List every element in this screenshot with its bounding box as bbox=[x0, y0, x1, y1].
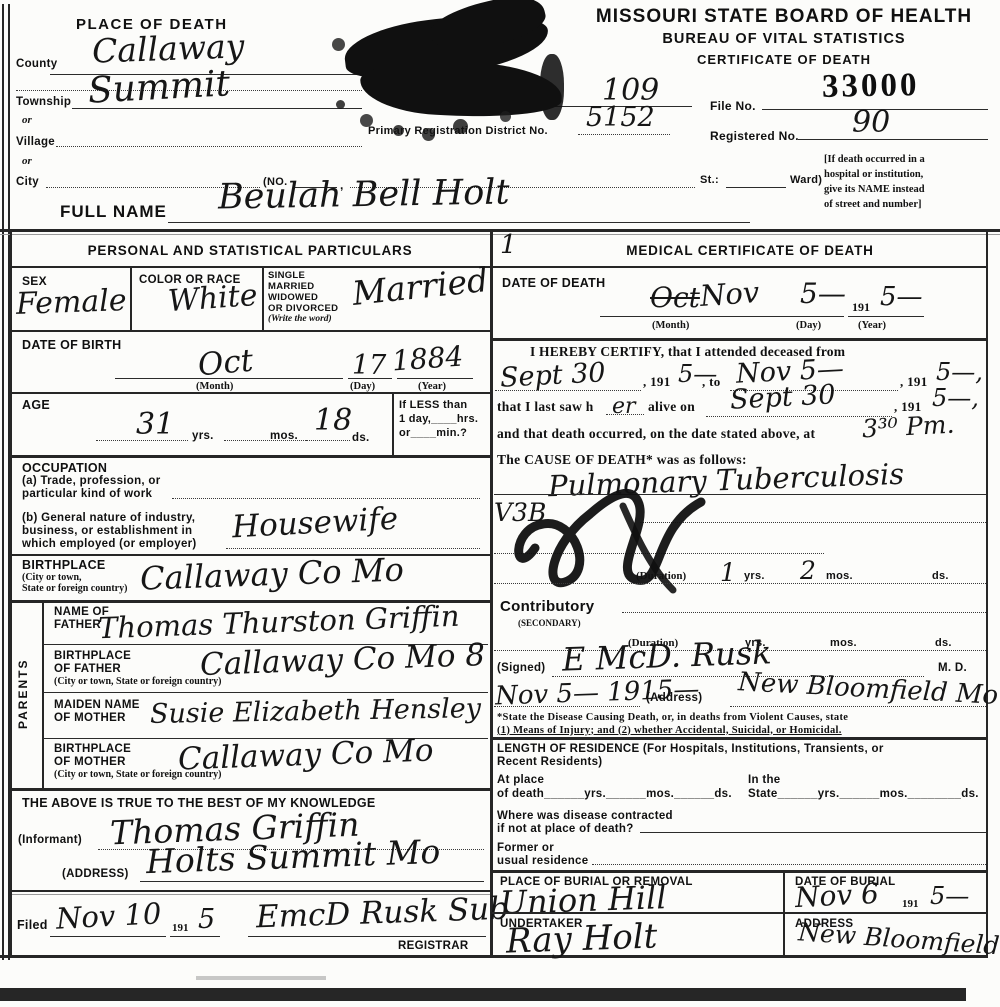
sex-value: Female bbox=[16, 286, 128, 320]
dob-year-caption: (Year) bbox=[418, 381, 446, 392]
age-yrs-label: yrs. bbox=[192, 430, 214, 444]
burial-date-value: Nov 6 bbox=[794, 880, 879, 912]
scan-smudge bbox=[196, 976, 326, 980]
hospital-note-line2: hospital or institution, bbox=[824, 167, 994, 182]
dob-day-caption: (Day) bbox=[350, 381, 375, 392]
bureau-title: BUREAU OF VITAL STATISTICS bbox=[572, 31, 996, 48]
father-birthplace-rule bbox=[43, 692, 488, 693]
dod-month-value: Nov bbox=[699, 278, 760, 311]
filed-date-line bbox=[50, 936, 166, 937]
dob-row-rule bbox=[12, 392, 490, 394]
filed-year-printed: 191 bbox=[172, 922, 189, 934]
mother-name-label-line2: OF MOTHER bbox=[54, 712, 140, 725]
dod-year-written: 5— bbox=[880, 284, 923, 310]
registered-no-value: 90 bbox=[852, 108, 890, 138]
contracted-label-line2: if not at place of death? bbox=[497, 823, 634, 837]
color-marital-divider bbox=[262, 266, 264, 330]
age-less-line1: If LESS than bbox=[399, 398, 478, 412]
marital-label-line3: WIDOWED bbox=[268, 292, 338, 303]
file-no-label: File No. bbox=[710, 99, 756, 113]
age-less-box: If LESS than 1 day,____hrs. or____min.? bbox=[399, 398, 478, 440]
registered-no-line bbox=[798, 139, 988, 140]
or-label-2: or bbox=[22, 155, 32, 167]
personal-section-title: PERSONAL AND STATISTICAL PARTICULARS bbox=[12, 243, 488, 259]
birthplace-value: Callaway Co Mo bbox=[140, 553, 405, 594]
to-label: , to bbox=[702, 374, 721, 389]
residence-title-line2: Recent Residents) bbox=[497, 756, 602, 770]
page-mark: 1 bbox=[500, 232, 517, 258]
father-birthplace-value: Callaway Co Mo 8 bbox=[200, 640, 486, 681]
age-days-value: 18 bbox=[314, 406, 352, 436]
residence-title-line1: LENGTH OF RESIDENCE (For Hospitals, Inst… bbox=[497, 743, 884, 757]
mother-birthplace-label: BIRTHPLACE OF MOTHER bbox=[54, 743, 131, 769]
dod-day-value: 5— bbox=[800, 280, 846, 308]
in-state-label-line2: State______yrs.______mos.________ds. bbox=[748, 788, 979, 802]
duration-years-value: 1 bbox=[720, 560, 736, 585]
mother-birthplace-label-line1: BIRTHPLACE bbox=[54, 743, 131, 756]
county-label: County bbox=[16, 58, 57, 72]
bottom-scan-bar bbox=[0, 988, 966, 1001]
dob-day-line bbox=[348, 378, 392, 379]
last-saw-er-line bbox=[606, 414, 644, 415]
table-right-border bbox=[986, 232, 988, 958]
mother-name-label: MAIDEN NAME OF MOTHER bbox=[54, 699, 140, 725]
township-value: Summit bbox=[87, 66, 231, 109]
registration-ink-stamp bbox=[332, 2, 572, 144]
city-ward-label: Ward) bbox=[790, 174, 822, 187]
duration-yrs-label: yrs. bbox=[744, 570, 765, 583]
dod-label: DATE OF DEATH bbox=[502, 276, 605, 291]
birthplace-label: BIRTHPLACE bbox=[22, 558, 106, 573]
city-st-label: St.: bbox=[700, 174, 719, 187]
signed-address-line bbox=[730, 706, 986, 707]
filed-year-line bbox=[170, 936, 220, 937]
dod-month-struck: Oct bbox=[650, 284, 700, 312]
ink-stamp-blob bbox=[359, 57, 564, 121]
cause-footnote-line2: (1) Means of Injury; and (2) whether Acc… bbox=[497, 725, 987, 738]
table-bottom-border bbox=[0, 955, 988, 958]
hospital-note-line1: [If death occurred in a bbox=[824, 152, 994, 167]
duration-ds-label: ds. bbox=[932, 570, 949, 583]
burial-year-printed: 191 bbox=[902, 898, 919, 910]
age-label: AGE bbox=[22, 398, 50, 413]
marital-label-line1: SINGLE bbox=[268, 270, 338, 281]
marital-label: SINGLE MARRIED WIDOWED OR DIVORCED bbox=[268, 270, 338, 314]
occupation-b-line bbox=[226, 548, 480, 549]
signed-date-line bbox=[494, 706, 640, 707]
primary-district-value: 5152 bbox=[586, 104, 655, 131]
signed-label: (Signed) bbox=[497, 662, 545, 676]
age-row-rule bbox=[12, 455, 490, 458]
contributory-label: Contributory bbox=[500, 598, 594, 616]
residence-bottom-rule bbox=[492, 870, 986, 873]
table-left-border bbox=[10, 232, 12, 958]
marital-hint: (Write the word) bbox=[268, 314, 332, 324]
city-label: City bbox=[16, 176, 39, 190]
city-st-line bbox=[726, 187, 786, 188]
parents-bottom-rule bbox=[12, 788, 490, 791]
footnote-bottom-rule bbox=[492, 737, 986, 740]
age-mos-label: mos. bbox=[270, 430, 298, 444]
age-less-line2: 1 day,____hrs. bbox=[399, 412, 478, 426]
burial-year-written: 5— bbox=[930, 884, 969, 908]
age-years-line bbox=[96, 440, 188, 441]
age-days-line bbox=[306, 440, 350, 441]
dob-year-line bbox=[397, 378, 473, 379]
age-less-line3: or____min.? bbox=[399, 426, 478, 440]
parents-label-divider bbox=[42, 600, 44, 788]
age-ds-label: ds. bbox=[352, 432, 370, 446]
death-certificate: PLACE OF DEATH County Callaway Township … bbox=[0, 0, 1000, 1007]
dod-year-caption: (Year) bbox=[858, 320, 886, 331]
former-residence-label-line2: usual residence bbox=[497, 855, 588, 869]
ink-stamp-speckles bbox=[336, 100, 345, 109]
occupation-b-line3: which employed (or employer) bbox=[22, 538, 197, 552]
dob-month: Oct bbox=[197, 346, 255, 382]
contributory-line bbox=[622, 612, 986, 613]
duration-rule bbox=[494, 583, 986, 584]
full-name-value: Beulah Bell Holt bbox=[218, 175, 510, 215]
page-edge-rule-outer bbox=[2, 4, 4, 960]
former-residence-label-line1: Former or bbox=[497, 842, 554, 856]
birthplace-sub-line2: State or foreign country) bbox=[22, 583, 127, 594]
informant-label: (Informant) bbox=[18, 834, 82, 848]
to-year-value: 5—, bbox=[936, 360, 983, 384]
at-place-label-line1: At place bbox=[497, 774, 544, 788]
father-birthplace-label: BIRTHPLACE OF FATHER bbox=[54, 650, 131, 676]
hospital-note-line4: of street and number] bbox=[824, 197, 994, 212]
township-label: Township bbox=[16, 96, 71, 110]
dod-row-rule bbox=[492, 338, 986, 341]
column-divider bbox=[490, 232, 493, 958]
filed-date-value: Nov 10 bbox=[55, 899, 162, 933]
full-name-label: FULL NAME bbox=[60, 202, 167, 222]
registrar-line bbox=[248, 936, 486, 937]
last-seen-date-value: Sept 30 bbox=[729, 381, 836, 413]
father-birthplace-label-line2: OF FATHER bbox=[54, 663, 131, 676]
attended-from-line bbox=[495, 390, 641, 391]
sex-color-divider bbox=[130, 266, 132, 330]
informant-address-label: (ADDRESS) bbox=[62, 868, 129, 882]
dod-year-line bbox=[848, 316, 924, 317]
father-name-value: Thomas Thurston Griffin bbox=[98, 602, 460, 644]
dod-year-printed: 191 bbox=[852, 300, 870, 315]
former-residence-line bbox=[592, 864, 986, 865]
certificate-title: CERTIFICATE OF DEATH bbox=[572, 52, 996, 67]
hospital-note-line3: give its NAME instead bbox=[824, 182, 994, 197]
mother-birthplace-value: Callaway Co Mo bbox=[178, 736, 434, 776]
dod-day-caption: (Day) bbox=[796, 320, 821, 331]
at-place-label-line2: of death______yrs.______mos.______ds. bbox=[497, 788, 732, 802]
marital-label-line4: OR DIVORCED bbox=[268, 303, 338, 314]
marital-label-line2: MARRIED bbox=[268, 281, 338, 292]
informant-address-line bbox=[140, 881, 484, 882]
marital-value: Married bbox=[351, 263, 490, 310]
dod-day-line bbox=[790, 316, 844, 317]
death-occurred-line: and that death occurred, on the date sta… bbox=[497, 426, 815, 442]
dob-month-line bbox=[115, 378, 343, 379]
address-label: (Address) bbox=[646, 692, 702, 706]
ink-scribble bbox=[505, 476, 740, 598]
duration-mos-label: mos. bbox=[826, 570, 853, 583]
last-seen-year-value: 5—, bbox=[932, 386, 979, 410]
mother-name-label-line1: MAIDEN NAME bbox=[54, 699, 140, 712]
dob-year: 1884 bbox=[391, 343, 464, 376]
mother-birthplace-label-line2: OF MOTHER bbox=[54, 756, 131, 769]
village-line bbox=[56, 146, 362, 147]
birthplace-sub-line1: (City or town, bbox=[22, 572, 82, 583]
ink-stamp-blob bbox=[540, 54, 564, 120]
occupation-a-line2: particular kind of work bbox=[22, 488, 152, 502]
alive-on-label: alive on bbox=[648, 399, 695, 415]
occupation-a-line1: (a) Trade, profession, or bbox=[22, 475, 161, 489]
in-state-label-line1: In the bbox=[748, 774, 780, 788]
age-years-value: 31 bbox=[136, 410, 174, 440]
filed-label: Filed bbox=[17, 918, 48, 933]
dob-month-caption: (Month) bbox=[196, 381, 233, 392]
contrib-mos-label: mos. bbox=[830, 637, 857, 650]
contracted-label-line1: Where was disease contracted bbox=[497, 810, 673, 824]
printed-191a: , 191 bbox=[643, 374, 671, 389]
registrar-label: REGISTRAR bbox=[398, 940, 468, 954]
parents-label: PARENTS bbox=[16, 600, 38, 788]
medical-section-title: MEDICAL CERTIFICATE OF DEATH bbox=[520, 243, 980, 259]
md-label: M. D. bbox=[938, 662, 967, 676]
printed-191b: , 191 bbox=[900, 374, 928, 389]
attended-from-value: Sept 30 bbox=[499, 359, 606, 391]
informant-bottom-rule bbox=[12, 890, 490, 892]
primary-district-line bbox=[578, 134, 670, 135]
contrib-ds-label: ds. bbox=[935, 637, 952, 650]
occupation-value: Housewife bbox=[231, 504, 399, 544]
undertaker-value: Ray Holt bbox=[505, 919, 657, 958]
dod-month-line bbox=[600, 316, 796, 317]
file-no-value: 33000 bbox=[822, 67, 920, 106]
board-title: MISSOURI STATE BOARD OF HEALTH bbox=[572, 6, 996, 28]
registrar-signature: EmcD Rusk Sub bbox=[256, 894, 510, 934]
occupation-label: OCCUPATION bbox=[22, 461, 107, 476]
occupation-a-line bbox=[172, 498, 480, 499]
medical-title-rule bbox=[492, 266, 986, 268]
registered-no-label: Registered No. bbox=[710, 129, 799, 143]
secondary-caption: (SECONDARY) bbox=[518, 618, 581, 628]
dod-month-caption: (Month) bbox=[652, 320, 689, 331]
dob-label: DATE OF BIRTH bbox=[22, 338, 122, 353]
age-lessbox-divider bbox=[392, 392, 394, 455]
dob-day: 17 bbox=[352, 352, 386, 379]
cause-footnote: *State the Disease Causing Death, or, in… bbox=[497, 712, 987, 737]
death-time-value: 3³⁰ Pm. bbox=[861, 412, 955, 442]
filed-year-written: 5 bbox=[198, 906, 215, 933]
county-value: Callaway bbox=[91, 29, 244, 67]
sex-row-rule bbox=[12, 330, 490, 332]
hospital-note: [If death occurred in a hospital or inst… bbox=[824, 152, 994, 212]
contracted-line bbox=[640, 832, 986, 833]
or-label-1: or bbox=[22, 114, 32, 126]
cause-footnote-line1: *State the Disease Causing Death, or, in… bbox=[497, 712, 987, 725]
village-label: Village bbox=[16, 136, 55, 150]
duration-months-value: 2 bbox=[800, 558, 816, 583]
father-birthplace-hint: (City or town, State or foreign country) bbox=[54, 676, 221, 687]
last-saw-prefix: that I last saw h bbox=[497, 399, 594, 415]
color-race-value: White bbox=[167, 281, 258, 317]
burial-mid-rule bbox=[492, 912, 986, 914]
duration-caption: (Duration) bbox=[636, 570, 686, 582]
full-name-line bbox=[168, 222, 750, 223]
occupation-b-line1: (b) General nature of industry, bbox=[22, 512, 195, 526]
township-line bbox=[72, 108, 362, 109]
mother-name-value: Susie Elizabeth Hensley bbox=[150, 695, 481, 728]
father-birthplace-label-line1: BIRTHPLACE bbox=[54, 650, 131, 663]
informant-address-value: Holts Summit Mo bbox=[146, 835, 441, 878]
occupation-b-line2: business, or establishment in bbox=[22, 525, 192, 539]
